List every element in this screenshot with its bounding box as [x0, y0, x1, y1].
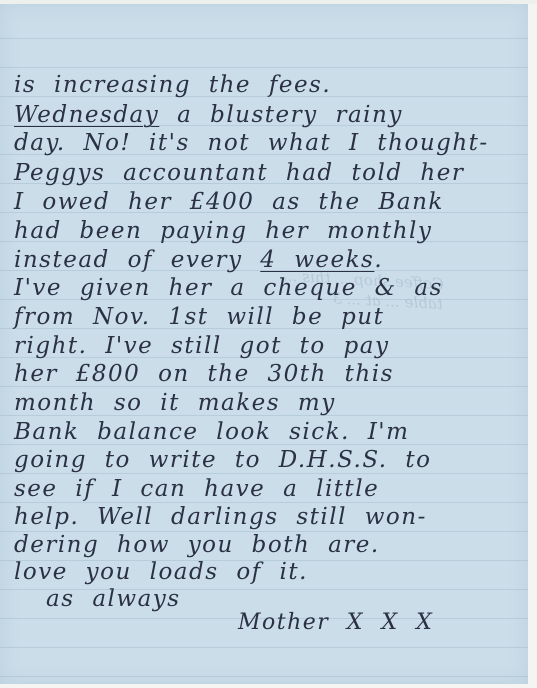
letter-line-4: Peggys accountant had told her — [14, 160, 464, 186]
letter-line-12: month so it makes my — [14, 390, 336, 416]
letter-line-13: Bank balance look sick. I'm — [14, 419, 409, 445]
emphasis-4-weeks: 4 weeks — [260, 247, 374, 273]
letter-line-10: right. I've still got to pay — [14, 333, 389, 359]
letter-line-16: help. Well darlings still won- — [14, 504, 427, 530]
letter-line-11: her £800 on the 30th this — [14, 361, 394, 387]
letter-line-5: I owed her £400 as the Bank — [14, 189, 444, 215]
weekday-heading: Wednesday — [14, 102, 159, 128]
letter-line-1: is increasing the fees. — [14, 72, 331, 98]
letter-line-17: dering how you both are. — [14, 532, 380, 558]
letter-line-2: Wednesday a blustery rainy — [14, 102, 403, 128]
letter-line-8: I've given her a cheque & as — [14, 275, 443, 301]
letter-line-7: instead of every 4 weeks. — [14, 247, 383, 273]
letter-line-9: from Nov. 1st will be put — [14, 304, 384, 330]
letter-page: Coffee shop ... this ... table ... at ..… — [0, 4, 528, 684]
signature: Mother X X X — [238, 610, 433, 635]
letter-line-14: going to write to D.H.S.S. to — [14, 447, 431, 473]
letter-line-18: love you loads of it. — [14, 559, 308, 585]
letter-closing: as always — [46, 586, 181, 612]
letter-line-6: had been paying her monthly — [14, 218, 432, 244]
letter-line-3: day. No! it's not what I thought- — [14, 130, 489, 156]
letter-line-15: see if I can have a little — [14, 476, 379, 502]
